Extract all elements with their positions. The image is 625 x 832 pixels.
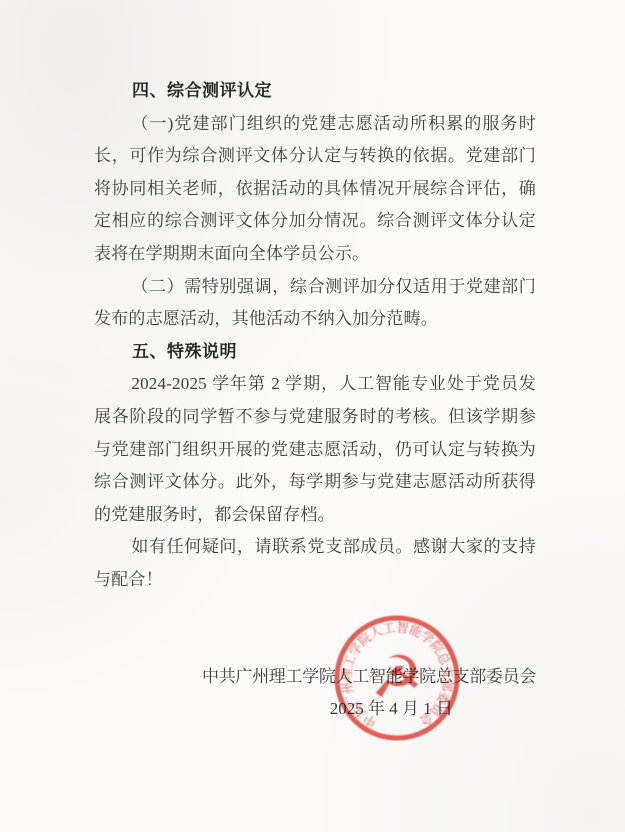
signature-date: 2025 年 4 月 1 日: [94, 693, 536, 726]
section-heading-4: 四、综合测评认定: [94, 75, 536, 108]
section-heading-5: 五、特殊说明: [94, 336, 536, 369]
paragraph-2: （二）需特别强调，综合测评加分仅适用于党建部门发布的志愿活动，其他活动不纳入加分…: [94, 271, 536, 336]
paragraph-1: （一)党建部门组织的党建志愿活动所积累的服务时长，可作为综合测评文体分认定与转换…: [94, 108, 536, 271]
paragraph-4: 如有任何疑问，请联系党支部成员。感谢大家的支持与配合！: [94, 531, 536, 596]
signature-org-name: 中共广州理工学院人工智能学院总支部委员会: [94, 661, 536, 694]
document-body: 四、综合测评认定 （一)党建部门组织的党建志愿活动所积累的服务时长，可作为综合测…: [94, 75, 536, 726]
signature-block: 中共广州理工学院人工智能学院总支部委员会 2025 年 4 月 1 日: [94, 661, 536, 726]
paragraph-3: 2024-2025 学年第 2 学期，人工智能专业处于党员发展各阶段的同学暂不参…: [94, 368, 536, 531]
